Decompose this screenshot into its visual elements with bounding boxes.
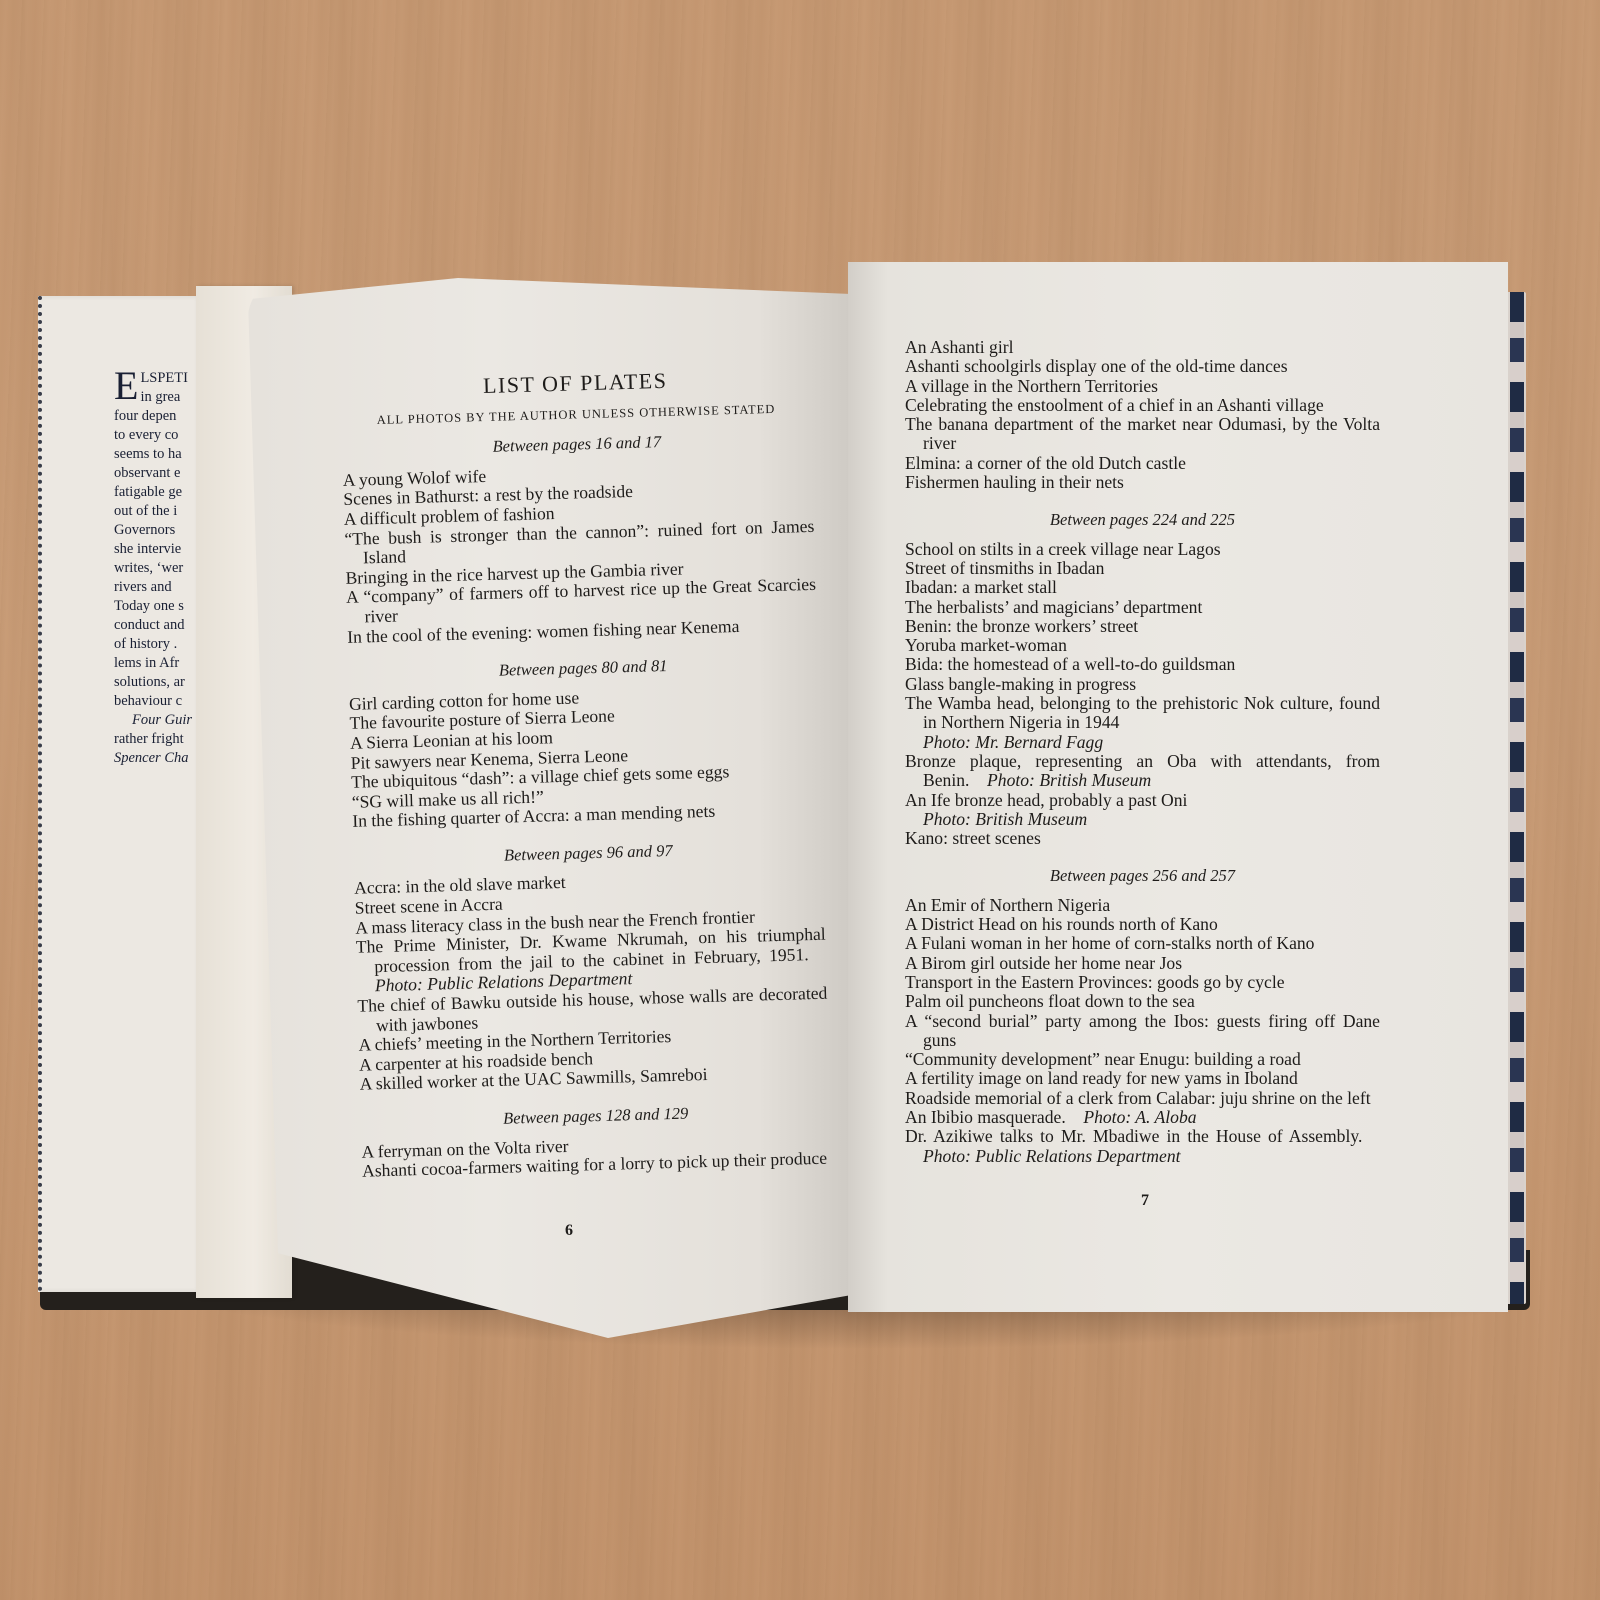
plate-entry: An Emir of Northern Nigeria xyxy=(905,896,1380,915)
flap-line-text: Four Guir xyxy=(132,712,192,728)
plate-entry: Ibadan: a market stall xyxy=(905,578,1380,597)
flap-line-text: LSPETI xyxy=(140,370,188,386)
plate-caption: Ashanti schoolgirls display one of the o… xyxy=(905,356,1288,376)
flap-line-text: Spencer Cha xyxy=(114,750,189,766)
plate-entry: The herbalists’ and magicians’ departmen… xyxy=(905,598,1380,617)
flap-line-text: she intervie xyxy=(114,541,181,557)
left-page-content: LIST OF PLATES ALL PHOTOS BY THE AUTHOR … xyxy=(340,367,832,1182)
plate-entry: An Ashanti girl xyxy=(905,338,1380,357)
flap-line-text: to every co xyxy=(114,427,178,443)
flap-line-text: conduct and xyxy=(114,617,184,633)
plate-caption: A “second burial” party among the Ibos: … xyxy=(905,1011,1380,1050)
photo-credit: Photo: British Museum xyxy=(923,809,1087,829)
plate-entry: Elmina: a corner of the old Dutch castle xyxy=(905,454,1380,473)
page-number-right: 7 xyxy=(1141,1192,1149,1210)
plate-caption: Bida: the homestead of a well-to-do guil… xyxy=(905,654,1235,674)
plate-caption: Street of tinsmiths in Ibadan xyxy=(905,558,1104,578)
section-heading: Between pages 256 and 257 xyxy=(905,866,1380,885)
plate-caption: An Ashanti girl xyxy=(905,337,1014,357)
plate-caption: Transport in the Eastern Provinces: good… xyxy=(905,972,1285,992)
plate-caption: A Fulani woman in her home of corn-stalk… xyxy=(905,933,1314,953)
plate-caption: An Ife bronze head, probably a past Oni xyxy=(905,790,1187,810)
plate-caption: A fertility image on land ready for new … xyxy=(905,1068,1298,1088)
plate-caption: An Ibibio masquerade. xyxy=(905,1107,1066,1127)
plate-caption: Ibadan: a market stall xyxy=(905,577,1057,597)
plate-entry: Fishermen hauling in their nets xyxy=(905,473,1380,492)
flap-line-text: Today one s xyxy=(114,598,184,614)
plate-caption: A Birom girl outside her home near Jos xyxy=(905,953,1182,973)
section-heading: Between pages 96 and 97 xyxy=(353,837,823,870)
plate-entry: Bida: the homestead of a well-to-do guil… xyxy=(905,655,1380,674)
plate-entry: Kano: street scenes xyxy=(905,829,1380,848)
plate-caption: An Emir of Northern Nigeria xyxy=(905,895,1110,915)
plate-entry: The banana department of the market near… xyxy=(905,415,1380,454)
plate-caption: Benin: the bronze workers’ street xyxy=(905,616,1138,636)
flap-line-text: solutions, ar xyxy=(114,674,185,690)
plate-entry: The Wamba head, belonging to the prehist… xyxy=(905,694,1380,752)
plate-caption: “Community development” near Enugu: buil… xyxy=(905,1049,1301,1069)
right-page-content: An Ashanti girlAshanti schoolgirls displ… xyxy=(905,338,1380,1166)
page-subtitle: ALL PHOTOS BY THE AUTHOR UNLESS OTHERWIS… xyxy=(341,398,811,431)
plate-entry: A Fulani woman in her home of corn-stalk… xyxy=(905,934,1380,953)
plate-caption: Elmina: a corner of the old Dutch castle xyxy=(905,453,1186,473)
plate-caption: Glass bangle-making in progress xyxy=(905,674,1136,694)
plate-entry: Bronze plaque, representing an Oba with … xyxy=(905,752,1380,791)
flap-line-text: Governors xyxy=(114,522,175,538)
plate-entry: Dr. Azikiwe talks to Mr. Mbadiwe in the … xyxy=(905,1127,1380,1166)
plate-caption: School on stilts in a creek village near… xyxy=(905,539,1221,559)
plate-entry: “Community development” near Enugu: buil… xyxy=(905,1050,1380,1069)
flap-line-text: fatigable ge xyxy=(114,484,182,500)
page-number-left: 6 xyxy=(565,1222,573,1240)
section-heading: Between pages 16 and 17 xyxy=(342,428,812,461)
plate-entry: An Ife bronze head, probably a past OniP… xyxy=(905,791,1380,830)
flap-line-text: rivers and xyxy=(114,579,172,595)
plate-caption: A village in the Northern Territories xyxy=(905,376,1158,396)
photo-credit: Photo: British Museum xyxy=(987,770,1151,790)
plate-caption: The herbalists’ and magicians’ departmen… xyxy=(905,597,1202,617)
plate-caption: Celebrating the enstoolment of a chief i… xyxy=(905,395,1324,415)
flap-line-text: in grea xyxy=(140,389,180,405)
plate-entry: A Birom girl outside her home near Jos xyxy=(905,954,1380,973)
plate-entry: Ashanti schoolgirls display one of the o… xyxy=(905,357,1380,376)
flap-line-text: observant e xyxy=(114,465,180,481)
plate-entry: Transport in the Eastern Provinces: good… xyxy=(905,973,1380,992)
jacket-pattern xyxy=(1510,292,1524,1304)
plate-entry: A District Head on his rounds north of K… xyxy=(905,915,1380,934)
flap-line-text: four depen xyxy=(114,408,176,424)
plate-caption: Dr. Azikiwe talks to Mr. Mbadiwe in the … xyxy=(905,1126,1362,1146)
plate-entry: A fertility image on land ready for new … xyxy=(905,1069,1380,1088)
flap-line-text: behaviour c xyxy=(114,693,182,709)
photo-credit: Photo: A. Aloba xyxy=(1083,1107,1196,1127)
flap-line-text: out of the i xyxy=(114,503,177,519)
plate-caption: Kano: street scenes xyxy=(905,828,1041,848)
plate-entry: A “second burial” party among the Ibos: … xyxy=(905,1012,1380,1051)
plate-caption: A District Head on his rounds north of K… xyxy=(905,914,1218,934)
photo-credit: Photo: Public Relations Department xyxy=(923,1146,1181,1166)
flap-line-text: lems in Afr xyxy=(114,655,179,671)
continued-entries: An Ashanti girlAshanti schoolgirls displ… xyxy=(905,338,1380,492)
flap-line-text: writes, ‘wer xyxy=(114,560,183,576)
plate-caption: Yoruba market-woman xyxy=(905,635,1067,655)
left-sections: Between pages 16 and 17A young Wolof wif… xyxy=(342,428,832,1181)
flap-line-text: rather fright xyxy=(114,731,184,747)
plate-entry: Yoruba market-woman xyxy=(905,636,1380,655)
flap-line-text: of history . xyxy=(114,636,177,652)
plate-entry: School on stilts in a creek village near… xyxy=(905,540,1380,559)
plate-entry: A village in the Northern Territories xyxy=(905,377,1380,396)
plate-caption: The Wamba head, belonging to the prehist… xyxy=(905,693,1380,732)
section-heading: Between pages 80 and 81 xyxy=(348,652,818,685)
section-heading: Between pages 224 and 225 xyxy=(905,510,1380,529)
plate-caption: Palm oil puncheons float down to the sea xyxy=(905,991,1195,1011)
photo-credit: Photo: Mr. Bernard Fagg xyxy=(923,732,1103,752)
plate-entry: An Ibibio masquerade. Photo: A. Aloba xyxy=(905,1108,1380,1127)
section-heading: Between pages 128 and 129 xyxy=(360,1100,830,1133)
plate-entry: Palm oil puncheons float down to the sea xyxy=(905,992,1380,1011)
plate-entry: Street of tinsmiths in Ibadan xyxy=(905,559,1380,578)
plate-entry: Celebrating the enstoolment of a chief i… xyxy=(905,396,1380,415)
plate-caption: The banana department of the market near… xyxy=(905,414,1380,453)
plate-caption: Fishermen hauling in their nets xyxy=(905,472,1124,492)
flap-line-text: seems to ha xyxy=(114,446,182,462)
right-sections: Between pages 224 and 225School on stilt… xyxy=(905,510,1380,1166)
plate-entry: Benin: the bronze workers’ street xyxy=(905,617,1380,636)
plate-entry: Glass bangle-making in progress xyxy=(905,675,1380,694)
drop-cap: E xyxy=(114,369,138,403)
plate-caption: Roadside memorial of a clerk from Calaba… xyxy=(905,1088,1371,1108)
plate-entry: Roadside memorial of a clerk from Calaba… xyxy=(905,1089,1380,1108)
